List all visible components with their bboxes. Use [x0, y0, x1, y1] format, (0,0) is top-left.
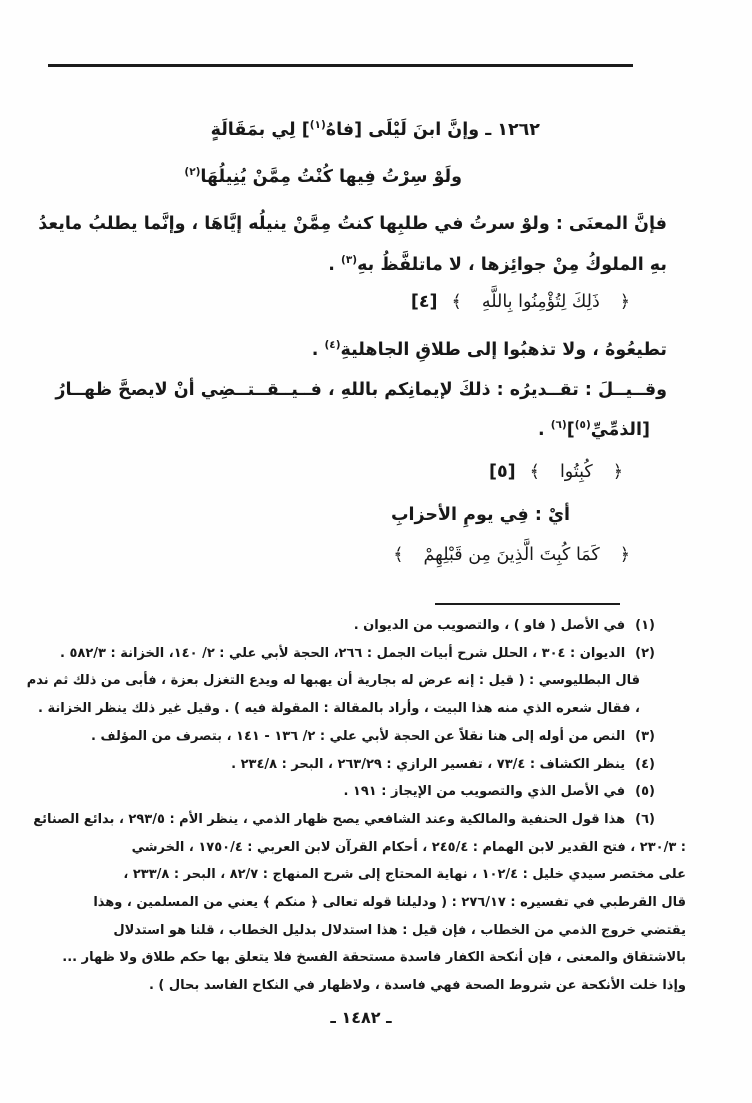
footnote-number: (٥) — [635, 784, 655, 799]
footnote-line: (٦)هذا قول الحنفية والمالكية وعند الشافع… — [8, 806, 688, 834]
poem-verse-first-hemistich: ١٢٦٢ ـ وإنَّ ابنَ لَيْلَى [فاهُ(١)] لِي … — [211, 120, 540, 142]
footnote-number: (٢) — [635, 646, 655, 661]
footnote-ref: (١) — [310, 119, 326, 131]
text-run: . — [328, 255, 341, 275]
footnote-ref: (٥) — [575, 419, 591, 431]
text-run: وقــيــلَ : تقــديرُه : ذلكَ لإيمانِكم ب… — [55, 380, 667, 400]
text-run: ] — [567, 420, 575, 440]
footnote-line: (٢)الديوان : ٣٠٤ ، الحلل شرح أبيات الجمل… — [8, 640, 688, 668]
footnote-text: ، فقال شعره الذي منه هذا البيت ، وأراد ب… — [38, 701, 640, 716]
footnote-line: : ٢٣٠/٣ ، فتح القدير لابن الهمام : ٢٤٥/٤… — [8, 834, 688, 862]
footnote-line: (٤)ينظر الكشاف : ٧٣/٤ ، تفسير الرازي : ٢… — [8, 751, 688, 779]
footnote-divider-rule — [435, 603, 620, 605]
footnote-line: على مختصر سيدي خليل : ١٠٢/٤ ، نهاية المح… — [8, 861, 688, 889]
commentary-qila-line-1: وقــيــلَ : تقــديرُه : ذلكَ لإيمانِكم ب… — [55, 380, 667, 402]
ornate-open-bracket-icon: ﴿ — [613, 462, 623, 482]
footnote-line: (١)في الأصل ( فاو ) ، والتصويب من الديوا… — [8, 612, 688, 640]
ornate-open-bracket-icon: ﴿ — [620, 292, 630, 312]
text-run: [الذمِّيِّ — [591, 420, 650, 440]
footnote-text: : ٢٣٠/٣ ، فتح القدير لابن الهمام : ٢٤٥/٤… — [132, 840, 686, 855]
footnote-text: هذا قول الحنفية والمالكية وعند الشافعي ي… — [33, 812, 625, 827]
footnotes-list: (١)في الأصل ( فاو ) ، والتصويب من الديوا… — [8, 612, 688, 1000]
verse-number-ref: [٥] — [489, 462, 516, 482]
quran-citation-verse-4: ﴿ذَلِكَ لِتُؤْمِنُوا بِاللَّهِ﴾[٤] — [411, 292, 630, 314]
footnote-text: في الأصل ( فاو ) ، والتصويب من الديوان . — [354, 618, 625, 633]
header-rule — [48, 64, 633, 67]
footnote-ref: (٦) — [551, 419, 567, 431]
poem-verse-second-hemistich: ولَوْ سِرْتُ فِيها كُنْتُ مِمَّنْ يُنِيل… — [184, 167, 462, 189]
footnote-line: قال البطليوسي : ( قيل : إنه عرض له بجاري… — [8, 667, 688, 695]
footnote-ref: (٤) — [324, 339, 340, 351]
footnote-line: بالاشتقاق والمعنى ، فإن أنكحة الكفار فاس… — [8, 944, 688, 972]
footnote-number: (٤) — [635, 757, 655, 772]
text-run: فإنَّ المعنَى : ولوْ سرتُ في طلبِها كنتُ… — [38, 214, 667, 234]
text-run: ] لِي بمَقَالَةٍ — [211, 120, 310, 140]
footnote-ref: (٣) — [341, 254, 357, 266]
verse-number-ref: [٤] — [411, 292, 438, 312]
quran-citation-kubita: ﴿كَمَا كُبِتَ الَّذِينَ مِن قَبْلِهِمْ﴾ — [379, 545, 630, 567]
footnote-line: (٣)النص من أوله إلى هنا نقلاً عن الحجة ل… — [8, 723, 688, 751]
page-number: ـ ١٤٨٢ ـ — [0, 1008, 722, 1027]
footnote-text: قال القرطبي في تفسيره : ٢٧٦/١٧ : ( ودليل… — [93, 895, 686, 910]
footnote-text: قال البطليوسي : ( قيل : إنه عرض له بجاري… — [27, 673, 640, 688]
footnote-text: ينظر الكشاف : ٧٣/٤ ، تفسير الرازي : ٢٦٣/… — [231, 757, 625, 772]
quran-text: كَمَا كُبِتَ الَّذِينَ مِن قَبْلِهِمْ — [423, 545, 599, 565]
footnote-number: (٦) — [635, 812, 655, 827]
footnote-line: قال القرطبي في تفسيره : ٢٧٦/١٧ : ( ودليل… — [8, 889, 688, 917]
book-page: ١٢٦٢ ـ وإنَّ ابنَ لَيْلَى [فاهُ(١)] لِي … — [0, 0, 752, 1103]
footnote-text: وإذا خلت الأنكحة عن شروط الصحة فهي فاسدة… — [149, 978, 686, 993]
footnote-line: ، فقال شعره الذي منه هذا البيت ، وأراد ب… — [8, 695, 688, 723]
footnote-line: يقتضي خروج الذمي من الخطاب ، فإن قيل : ه… — [8, 917, 688, 945]
commentary-gloss-line: تطيعُوهُ ، ولا تذهبُوا إلى طلاقِ الجاهلي… — [312, 340, 667, 362]
text-run: تطيعُوهُ ، ولا تذهبُوا إلى طلاقِ الجاهلي… — [341, 340, 667, 360]
commentary-qila-line-2: [الذمِّيِّ(٥)](٦) . — [538, 420, 650, 442]
ornate-close-bracket-icon: ﴾ — [393, 545, 403, 565]
footnote-number: (١) — [635, 618, 655, 633]
commentary-meaning-line-2: بهِ الملوكُ مِنْ جوائِزها ، لا ماتلفَّظُ… — [328, 255, 667, 277]
quran-text: كُبِتُوا — [560, 462, 593, 482]
text-run: ١٢٦٢ ـ وإنَّ ابنَ لَيْلَى [فاهُ — [326, 120, 540, 140]
text-run: . — [538, 420, 551, 440]
quran-citation-verse-5: ﴿كُبِتُوا﴾[٥] — [489, 462, 623, 484]
ornate-close-bracket-icon: ﴾ — [530, 462, 540, 482]
footnote-line: وإذا خلت الأنكحة عن شروط الصحة فهي فاسدة… — [8, 972, 688, 1000]
footnote-text: النص من أوله إلى هنا نقلاً عن الحجة لأبي… — [91, 729, 625, 744]
footnote-number: (٣) — [635, 729, 655, 744]
footnote-text: في الأصل الذي والتصويب من الإيجاز : ١٩١ … — [343, 784, 625, 799]
commentary-meaning-line-1: فإنَّ المعنَى : ولوْ سرتُ في طلبِها كنتُ… — [38, 214, 667, 236]
ornate-open-bracket-icon: ﴿ — [620, 545, 630, 565]
footnote-text: على مختصر سيدي خليل : ١٠٢/٤ ، نهاية المح… — [123, 867, 686, 882]
footnote-text: الديوان : ٣٠٤ ، الحلل شرح أبيات الجمل : … — [60, 646, 625, 661]
text-run: . — [312, 340, 325, 360]
footnote-line: (٥)في الأصل الذي والتصويب من الإيجاز : ١… — [8, 778, 688, 806]
commentary-gloss-ahzab: أيْ : فِي يومِ الأحزابِ — [391, 505, 570, 527]
footnote-text: بالاشتقاق والمعنى ، فإن أنكحة الكفار فاس… — [62, 950, 686, 965]
text-run: أيْ : فِي يومِ الأحزابِ — [391, 505, 570, 525]
quran-text: ذَلِكَ لِتُؤْمِنُوا بِاللَّهِ — [482, 292, 600, 312]
footnote-ref: (٢) — [184, 166, 200, 178]
text-run: بهِ الملوكُ مِنْ جوائِزها ، لا ماتلفَّظُ… — [357, 255, 667, 275]
footnote-text: يقتضي خروج الذمي من الخطاب ، فإن قيل : ه… — [113, 923, 686, 938]
ornate-close-bracket-icon: ﴾ — [452, 292, 462, 312]
text-run: ولَوْ سِرْتُ فِيها كُنْتُ مِمَّنْ يُنِيل… — [200, 167, 462, 187]
